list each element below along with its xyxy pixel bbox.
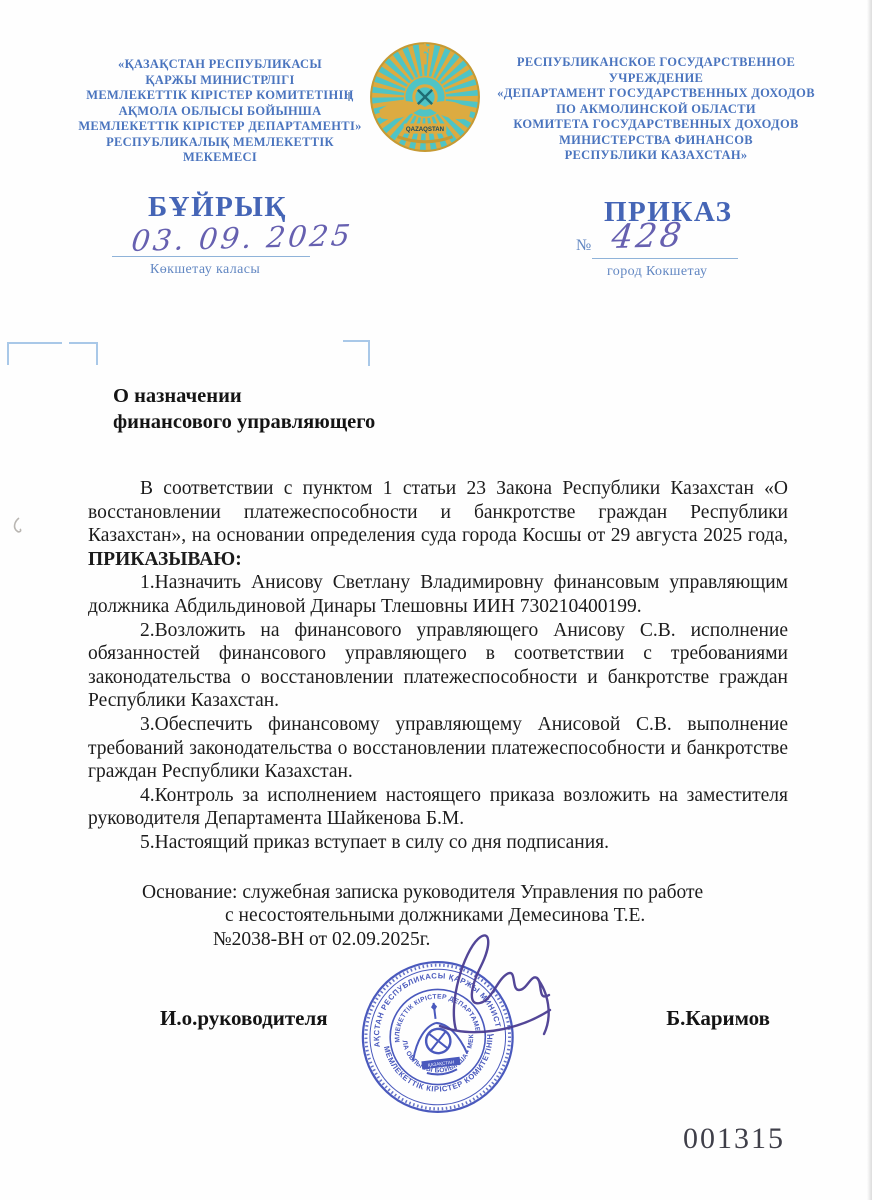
corner-mark xyxy=(343,340,370,366)
scanned-order-document: «ҚАЗАҚСТАН РЕСПУБЛИКАСЫ ҚАРЖЫ МИНИСТРЛІГ… xyxy=(0,0,872,1200)
order-number-label: № xyxy=(576,237,591,255)
order-date-handwritten: 03. 09. 2025 xyxy=(130,218,355,258)
org-name-kazakh: «ҚАЗАҚСТАН РЕСПУБЛИКАСЫ ҚАРЖЫ МИНИСТРЛІГ… xyxy=(58,57,382,166)
order-number-handwritten: 428 xyxy=(610,215,687,256)
org-ru-line: «ДЕПАРТАМЕНТ ГОСУДАРСТВЕННЫХ ДОХОДОВ xyxy=(490,86,822,102)
document-subject: О назначении финансового управляющего xyxy=(113,383,375,435)
org-kk-line: РЕСПУБЛИКАЛЫҚ МЕМЛЕКЕТТІК xyxy=(58,135,382,151)
paragraph-intro: В соответствии с пунктом 1 статьи 23 Зак… xyxy=(88,477,788,571)
subject-line-2: финансового управляющего xyxy=(113,409,375,435)
order-city-russian: город Кокшетау xyxy=(607,264,707,280)
org-ru-line: КОМИТЕТА ГОСУДАРСТВЕННЫХ ДОХОДОВ xyxy=(490,117,822,133)
org-kk-line: МЕМЛЕКЕТТІК КІРІСТЕР КОМИТЕТІНІҢ xyxy=(58,88,382,104)
date-underline xyxy=(112,256,310,257)
scan-artifact xyxy=(348,92,350,101)
org-kk-line: ҚАРЖЫ МИНИСТРЛІГІ xyxy=(58,73,382,89)
paragraph-item-3: 3.Обеспечить финансовому управляющему Ан… xyxy=(88,713,788,784)
order-city-kazakh: Көкшетау каласы xyxy=(150,262,260,278)
corner-mark xyxy=(69,342,98,365)
emblem-banner-text: QAZAQSTAN xyxy=(406,126,444,133)
signatory-name: Б.Каримов xyxy=(666,1006,788,1031)
scan-smudge xyxy=(10,516,26,541)
org-ru-line: МИНИСТЕРСТВА ФИНАНСОВ xyxy=(490,133,822,149)
corner-mark xyxy=(7,342,62,365)
org-kk-line: «ҚАЗАҚСТАН РЕСПУБЛИКАСЫ xyxy=(58,57,382,73)
org-ru-line: РЕСПУБЛИКИ КАЗАХСТАН» xyxy=(490,148,822,164)
org-ru-line: ПО АКМОЛИНСКОЙ ОБЛАСТИ xyxy=(490,102,822,118)
org-kk-line: АҚМОЛА ОБЛЫСЫ БОЙЫНША xyxy=(58,104,382,120)
order-title-kazakh: БҰЙРЫҚ xyxy=(148,191,287,224)
subject-line-1: О назначении xyxy=(113,383,375,409)
org-kk-line: МЕМЛЕКЕТТІК КІРІСТЕР ДЕПАРТАМЕНТІ» xyxy=(58,119,382,135)
paragraph-item-5: 5.Настоящий приказ вступает в силу со дн… xyxy=(88,831,788,855)
signatory-position: И.о.руководителя xyxy=(88,1006,328,1031)
org-ru-line: УЧРЕЖДЕНИЕ xyxy=(490,71,822,87)
basis-line: Основание: служебная записка руководител… xyxy=(88,881,788,905)
paragraph-item-4: 4.Контроль за исполнением настоящего при… xyxy=(88,784,788,831)
scan-edge-shadow xyxy=(867,0,872,1200)
intro-text: В соответствии с пунктом 1 статьи 23 Зак… xyxy=(88,478,788,546)
paragraph-item-1: 1.Назначить Анисову Светлану Владимировн… xyxy=(88,571,788,618)
prikazivayu-keyword: ПРИКАЗЫВАЮ: xyxy=(88,549,242,570)
paragraph-item-2: 2.Возложить на финансового управляющего … xyxy=(88,619,788,713)
signature-ink xyxy=(418,922,568,1047)
org-name-russian: РЕСПУБЛИКАНСКОЕ ГОСУДАРСТВЕННОЕ УЧРЕЖДЕН… xyxy=(490,55,822,164)
document-body: В соответствии с пунктом 1 статьи 23 Зак… xyxy=(88,477,788,951)
org-kk-line: МЕКЕМЕСІ xyxy=(58,150,382,166)
serial-number: 001315 xyxy=(683,1122,785,1156)
kazakhstan-coat-of-arms: QAZAQSTAN xyxy=(367,38,483,154)
number-underline xyxy=(592,258,738,259)
org-ru-line: РЕСПУБЛИКАНСКОЕ ГОСУДАРСТВЕННОЕ xyxy=(490,55,822,71)
